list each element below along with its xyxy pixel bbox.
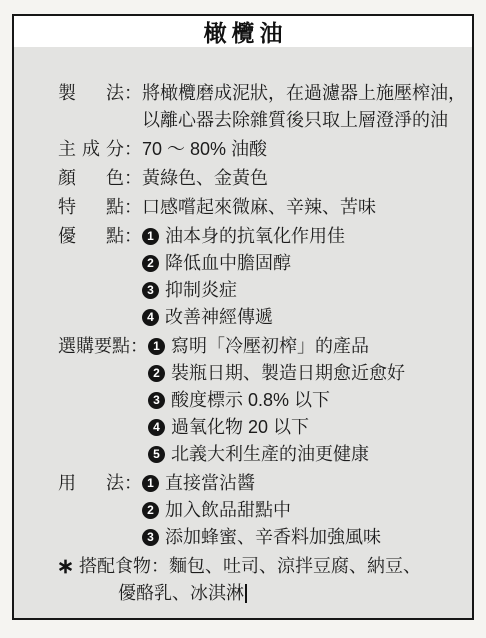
card-body[interactable]: 製法 ： 將橄欖磨成泥狀，在過濾器上施壓榨油， 以離心器去除雜質後只取上層澄淨的…: [14, 47, 472, 607]
list-item: 寫明「冷壓初榨」的產品: [148, 333, 466, 360]
list-item: 直接當沾醬: [142, 470, 466, 497]
list-item: 添加蜂蜜、辛香料加強風味: [142, 524, 466, 551]
info-card: 橄欖油 製法 ： 將橄欖磨成泥狀，在過濾器上施壓榨油， 以離心器去除雜質後只取上…: [12, 14, 474, 620]
field-value: 寫明「冷壓初榨」的產品 裝瓶日期、製造日期愈近愈好 酸度標示 0.8% 以下 過…: [148, 333, 466, 468]
list-item: 酸度標示 0.8% 以下: [148, 387, 466, 414]
list-item: 過氧化物 20 以下: [148, 414, 466, 441]
circled-number-icon: [148, 392, 165, 409]
field-label: 優點: [58, 223, 124, 250]
label-colon: ：: [124, 165, 142, 192]
field-label: 製法: [58, 80, 124, 107]
row-usage: 用法 ： 直接當沾醬 加入飲品甜點中 添加蜂蜜、辛香料加強風味: [58, 470, 466, 551]
label-colon: ：: [130, 333, 148, 360]
circled-number-icon: [142, 282, 159, 299]
field-value: 油本身的抗氧化作用佳 降低血中膽固醇 抑制炎症 改善神經傳遞: [142, 223, 466, 331]
list-item-text: 添加蜂蜜、辛香料加強風味: [165, 524, 381, 551]
field-value: 將橄欖磨成泥狀，在過濾器上施壓榨油， 以離心器去除雜質後只取上層澄淨的油: [142, 80, 466, 134]
field-value: 直接當沾醬 加入飲品甜點中 添加蜂蜜、辛香料加強風味: [142, 470, 466, 551]
list-item-text: 加入飲品甜點中: [165, 497, 291, 524]
pairing-text: 麵包、吐司、涼拌豆腐、納豆、: [169, 553, 466, 580]
label-colon: ：: [124, 136, 142, 163]
page-title: 橄欖油: [199, 15, 288, 48]
circled-number-icon: [142, 255, 159, 272]
list-item: 抑制炎症: [142, 277, 466, 304]
circled-number-icon: [148, 419, 165, 436]
field-label: 用法: [58, 470, 124, 497]
list-item-text: 北義大利生產的油更健康: [171, 441, 369, 468]
list-item: 裝瓶日期、製造日期愈近愈好: [148, 360, 466, 387]
field-label: 搭配食物: [79, 553, 151, 580]
circled-number-icon: [142, 529, 159, 546]
row-color: 顏色 ： 黃綠色、金黃色: [58, 165, 466, 192]
field-value: 黃綠色、金黃色: [142, 165, 466, 192]
list-item: 油本身的抗氧化作用佳: [142, 223, 466, 250]
circled-number-icon: [148, 365, 165, 382]
field-value: 口感嚐起來微麻、辛辣、苦味: [142, 194, 466, 221]
field-label: 選購要點: [58, 333, 130, 360]
card-header: 橄欖油: [14, 16, 472, 47]
list-item-text: 改善神經傳遞: [165, 304, 273, 331]
list-item: 加入飲品甜點中: [142, 497, 466, 524]
field-label: 主成分: [58, 136, 124, 163]
label-colon: ：: [124, 223, 142, 250]
row-characteristics: 特點 ： 口感嚐起來微麻、辛辣、苦味: [58, 194, 466, 221]
list-item-text: 直接當沾醬: [165, 470, 255, 497]
list-item-text: 過氧化物 20 以下: [171, 414, 309, 441]
row-food-pairing: 搭配食物 ： 麵包、吐司、涼拌豆腐、納豆、 優酪乳、冰淇淋: [58, 553, 466, 607]
row-advantages: 優點 ： 油本身的抗氧化作用佳 降低血中膽固醇 抑制炎症 改善神經傳遞: [58, 223, 466, 331]
label-colon: ：: [124, 470, 142, 497]
list-item-text: 油本身的抗氧化作用佳: [165, 223, 345, 250]
value-line: 以離心器去除雜質後只取上層澄淨的油: [142, 107, 466, 134]
asterisk-icon: [58, 559, 73, 574]
list-item: 改善神經傳遞: [142, 304, 466, 331]
row-production-method: 製法 ： 將橄欖磨成泥狀，在過濾器上施壓榨油， 以離心器去除雜質後只取上層澄淨的…: [58, 80, 466, 134]
circled-number-icon: [142, 228, 159, 245]
circled-number-icon: [142, 475, 159, 492]
label-colon: ：: [124, 194, 142, 221]
row-main-component: 主成分 ： 70 ～ 80% 油酸: [58, 136, 466, 163]
text-cursor: [245, 584, 247, 603]
list-item-text: 降低血中膽固醇: [165, 250, 291, 277]
list-item-text: 寫明「冷壓初榨」的產品: [171, 333, 369, 360]
value-line: 將橄欖磨成泥狀，在過濾器上施壓榨油，: [142, 80, 466, 107]
food-pairing-line1: 搭配食物 ： 麵包、吐司、涼拌豆腐、納豆、: [58, 553, 466, 580]
label-colon: ：: [124, 80, 142, 107]
label-colon: ：: [151, 553, 169, 580]
row-purchase-tips: 選購要點 ： 寫明「冷壓初榨」的產品 裝瓶日期、製造日期愈近愈好 酸度標示 0.…: [58, 333, 466, 468]
circled-number-icon: [142, 502, 159, 519]
field-label: 特點: [58, 194, 124, 221]
circled-number-icon: [142, 309, 159, 326]
list-item: 降低血中膽固醇: [142, 250, 466, 277]
list-item-text: 裝瓶日期、製造日期愈近愈好: [171, 360, 405, 387]
list-item: 北義大利生產的油更健康: [148, 441, 466, 468]
numbered-list: 寫明「冷壓初榨」的產品 裝瓶日期、製造日期愈近愈好 酸度標示 0.8% 以下 過…: [148, 333, 466, 468]
numbered-list: 油本身的抗氧化作用佳 降低血中膽固醇 抑制炎症 改善神經傳遞: [142, 223, 466, 331]
circled-number-icon: [148, 338, 165, 355]
field-value: 70 ～ 80% 油酸: [142, 136, 466, 163]
list-item-text: 酸度標示 0.8% 以下: [171, 387, 330, 414]
pairing-text: 優酪乳、冰淇淋: [118, 583, 244, 603]
food-pairing-line2[interactable]: 優酪乳、冰淇淋: [118, 580, 466, 607]
list-item-text: 抑制炎症: [165, 277, 237, 304]
numbered-list: 直接當沾醬 加入飲品甜點中 添加蜂蜜、辛香料加強風味: [142, 470, 466, 551]
field-label: 顏色: [58, 165, 124, 192]
circled-number-icon: [148, 446, 165, 463]
